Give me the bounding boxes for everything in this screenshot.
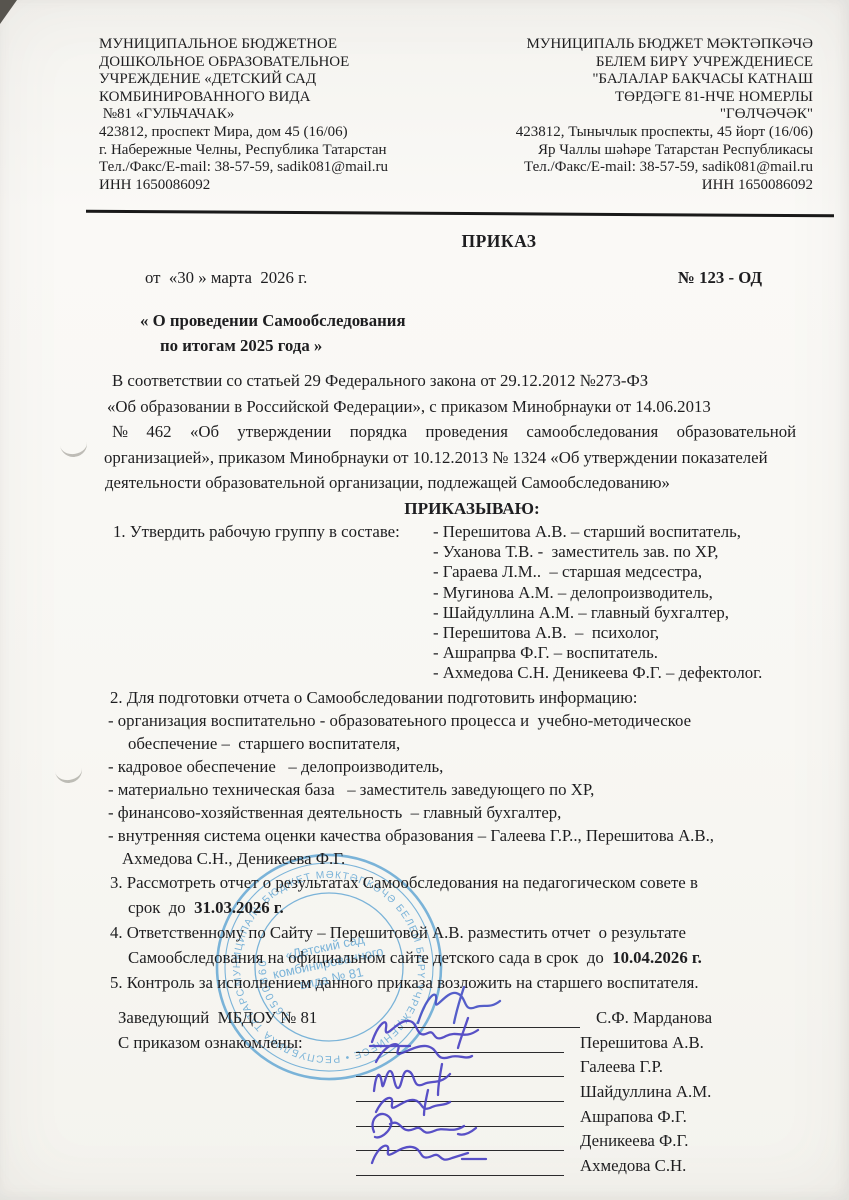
preamble-line: организацией», приказом Минобрнауки от 1… [104, 445, 814, 471]
item4-text: Самообследования на официальном сайте де… [128, 948, 612, 967]
resolution-item-3: 3. Рассмотреть отчет о результатах Самоо… [100, 870, 814, 920]
letterhead-left-line: ИНН 1650086092 [99, 177, 435, 195]
preamble-line: № 462 «Об утверждении порядка проведения… [112, 419, 814, 445]
signature-row: Ахмедова С.Н. [100, 1151, 814, 1176]
working-group-member: - Ахмедова С.Н. Деникеева Ф.Г. – дефекто… [433, 663, 762, 683]
preamble-line: В соответствии со статьей 29 Федеральног… [112, 368, 814, 394]
signature-name: Галеева Г.Р. [580, 1057, 663, 1077]
resolution-item-4: 4. Ответственному по Сайту – Перешитовой… [100, 920, 814, 970]
item2-subitem: - кадровое обеспечение – делопроизводите… [108, 755, 814, 778]
item1-intro: 1. Утвердить рабочую группу в составе: [100, 522, 433, 542]
working-group-member: - Шайдуллина А.М. – главный бухгалтер, [433, 603, 762, 623]
item3-line: 3. Рассмотреть отчет о результатах Самоо… [110, 870, 814, 895]
letterhead-right-line: 423812, Тынычлык проспекты, 45 йорт (16/… [457, 124, 813, 142]
working-group-member: - Уханова Т.В. - заместитель зав. по ХР, [433, 542, 762, 562]
order-date: от «30 » марта 2026 г. [145, 268, 307, 288]
letterhead-divider [86, 210, 834, 218]
letterhead-right-line: Яр Чаллы шәһәре Татарстан Республикасы [457, 142, 813, 160]
letterhead-right-line: ИНН 1650086092 [457, 177, 813, 195]
signature-name: Ашрапова Ф.Г. [580, 1107, 687, 1127]
order-number: № 123 - ОД [678, 268, 762, 288]
working-group-member: - Гараева Л.М.. – старшая медсестра, [433, 562, 762, 582]
signature-name: Перешитова А.В. [580, 1033, 704, 1053]
letterhead-right-line: БЕЛЕМ БИРҮ УЧРЕЖДЕНИЕСЕ [457, 54, 813, 72]
working-group-member: - Перешитова А.В. – старший воспитатель, [433, 522, 762, 542]
item2-subitem: - материально техническая база – замести… [108, 778, 814, 801]
item2-subitem: - финансово-хозяйственная деятельность –… [108, 801, 814, 824]
scan-corner-artifact [0, 0, 17, 24]
order-date-row: от «30 » марта 2026 г. № 123 - ОД [100, 268, 814, 288]
letterhead-left-line: КОМБИНИРОВАННОГО ВИДА [99, 89, 435, 107]
order-subject-line: по итогам 2025 года » [160, 333, 814, 358]
signature-name: Деникеева Ф.Г. [580, 1131, 689, 1151]
working-group-member: - Мугинова А.М. – делопроизводитель, [433, 583, 762, 603]
signature-name: Ахмедова С.Н. [580, 1156, 686, 1176]
signature-block: Заведующий МБДОУ № 81 С.Ф. Марданова С п… [100, 1004, 814, 1176]
punch-hole [58, 429, 88, 459]
item4-line: 4. Ответственному по Сайту – Перешитовой… [110, 920, 814, 945]
letterhead-left-line: 423812, проспект Мира, дом 45 (16/06) [99, 124, 435, 142]
item3-text: срок до [128, 898, 194, 917]
punch-hole [53, 755, 83, 785]
autograph-akhmedova-icon [366, 1131, 516, 1179]
letterhead-left-line: ДОШКОЛЬНОЕ ОБРАЗОВАТЕЛЬНОЕ [99, 54, 435, 72]
item2-subitem: - организация воспитательно - образовате… [108, 709, 814, 732]
preamble-line: деятельности образовательной организации… [105, 470, 814, 496]
item2-subitem: - внутренняя система оценки качества обр… [108, 824, 814, 847]
working-group-member: - Ашрапрва Ф.Г. – воспитатель. [433, 643, 762, 663]
working-group-member: - Перешитова А.В. – психолог, [433, 623, 762, 643]
letterhead-right-line: "ГӨЛЧӘЧӘК" [457, 106, 813, 124]
signature-name: С.Ф. Марданова [596, 1008, 712, 1028]
letterhead-left: МУНИЦИПАЛЬНОЕ БЮДЖЕТНОЕ ДОШКОЛЬНОЕ ОБРАЗ… [99, 36, 435, 194]
order-preamble: В соответствии со статьей 29 Федеральног… [100, 368, 814, 496]
order-heading: ПРИКАЗ [142, 231, 849, 252]
working-group-list: - Перешитова А.В. – старший воспитатель,… [433, 522, 762, 684]
letterhead-right-line: ТӨРДӘГЕ 81-НЧЕ НОМЕРЛЫ [457, 89, 813, 107]
letterhead-right: МУНИЦИПАЛЬ БЮДЖЕТ МӘКТӘПКӘЧӘ БЕЛЕМ БИРҮ … [457, 36, 813, 194]
letterhead-left-line: №81 «ГУЛЬЧАЧАК» [99, 106, 435, 124]
resolution-heading: ПРИКАЗЫВАЮ: [115, 499, 829, 519]
order-subject: « О проведении Самообследования по итога… [100, 308, 814, 358]
letterhead-right-line: МУНИЦИПАЛЬ БЮДЖЕТ МӘКТӘПКӘЧӘ [457, 36, 813, 54]
item3-line: срок до 31.03.2026 г. [128, 895, 814, 920]
letterhead-right-line: "БАЛАЛАР БАКЧАСЫ КАТНАШ [457, 71, 813, 89]
item2-subitem-wrap: обеспечение – старшего воспитателя, [128, 732, 814, 755]
scanned-order-document: МУНИЦИПАЛЬНОЕ БЮДЖЕТНОЕ ДОШКОЛЬНОЕ ОБРАЗ… [0, 0, 849, 1200]
letterhead-right-line: Тел./Факс/E-mail: 38-57-59, sadik081@mai… [457, 159, 813, 177]
signature-label: Заведующий МБДОУ № 81 [100, 1008, 342, 1028]
preamble-line: «Об образовании в Российской Федерации»,… [107, 394, 814, 420]
item2-subitem-wrap: Ахмедова С.Н., Деникеева Ф.Г. [122, 847, 814, 870]
letterhead-left-line: УЧРЕЖДЕНИЕ «ДЕТСКИЙ САД [99, 71, 435, 89]
letterhead-left-line: МУНИЦИПАЛЬНОЕ БЮДЖЕТНОЕ [99, 36, 435, 54]
signature-label: С приказом ознакомлены: [100, 1033, 342, 1053]
letterhead-left-line: г. Набережные Челны, Республика Татарста… [99, 142, 435, 160]
signature-name: Шайдуллина А.М. [580, 1082, 711, 1102]
letterhead: МУНИЦИПАЛЬНОЕ БЮДЖЕТНОЕ ДОШКОЛЬНОЕ ОБРАЗ… [99, 36, 813, 194]
resolution-item-2: 2. Для подготовки отчета о Самообследова… [100, 686, 814, 870]
order-subject-line: « О проведении Самообследования [140, 308, 814, 333]
order-body: ПРИКАЗ от «30 » марта 2026 г. № 123 - ОД… [100, 231, 814, 1176]
item2-intro: 2. Для подготовки отчета о Самообследова… [110, 686, 814, 709]
letterhead-left-line: Тел./Факс/E-mail: 38-57-59, sadik081@mai… [99, 159, 435, 177]
resolution-item-1: 1. Утвердить рабочую группу в составе: -… [100, 522, 814, 684]
item4-line: Самообследования на официальном сайте де… [128, 945, 814, 970]
item4-deadline-date: 10.04.2026 г. [612, 948, 702, 967]
signature-line [356, 1155, 564, 1176]
item3-deadline-date: 31.03.2026 г. [194, 898, 284, 917]
